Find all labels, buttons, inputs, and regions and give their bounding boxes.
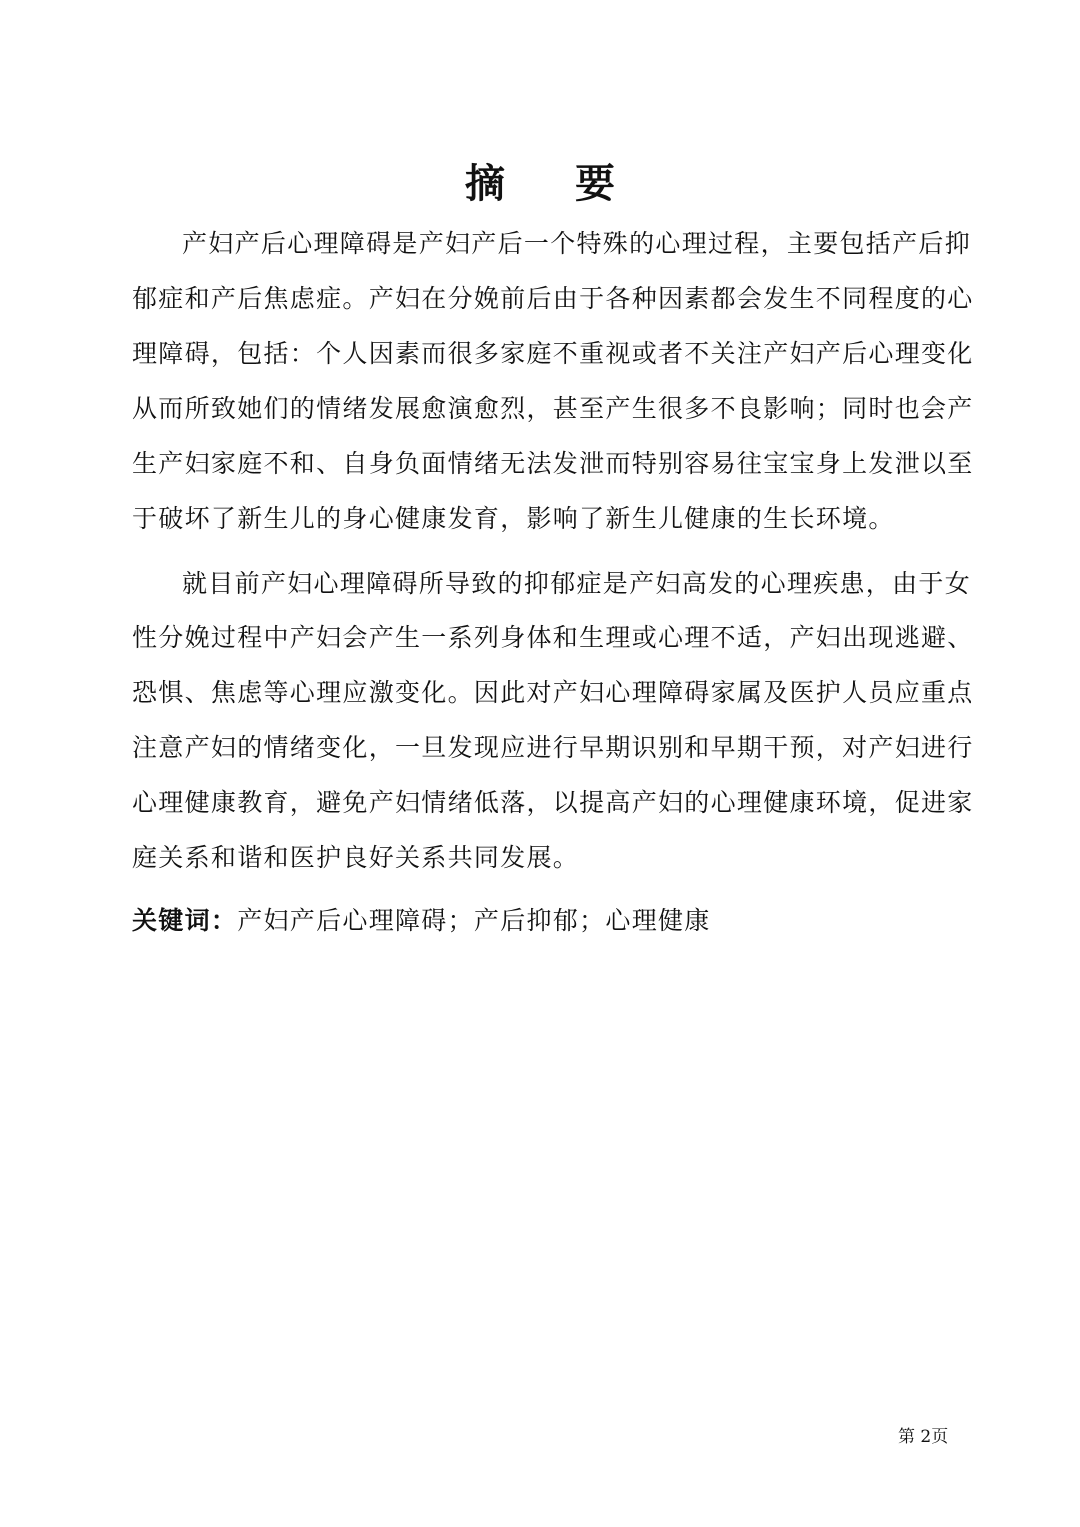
paragraph-line: 恐惧、焦虑等心理应激变化。因此对产妇心理障碍家属及医护人员应重点 — [132, 675, 952, 711]
paragraph-line: 就目前产妇心理障碍所导致的抑郁症是产妇高发的心理疾患，由于女 — [182, 566, 1002, 602]
paragraph-line: 从而所致她们的情绪发展愈演愈烈，甚至产生很多不良影响；同时也会产 — [132, 391, 952, 427]
paragraph-line: 郁症和产后焦虑症。产妇在分娩前后由于各种因素都会发生不同程度的心 — [132, 281, 952, 317]
paragraph-line: 注意产妇的情绪变化，一旦发现应进行早期识别和早期干预，对产妇进行 — [132, 730, 952, 766]
paragraph-line: 理障碍，包括：个人因素而很多家庭不重视或者不关注产妇产后心理变化 — [132, 336, 952, 372]
paragraph-line: 心理健康教育，避免产妇情绪低落，以提高产妇的心理健康环境，促进家 — [132, 785, 952, 821]
paragraph-line: 性分娩过程中产妇会产生一系列身体和生理或心理不适，产妇出现逃避、 — [132, 620, 952, 656]
keywords-line: 关键词：产妇产后心理障碍；产后抑郁；心理健康 — [132, 903, 952, 939]
keywords-label: 关键词： — [132, 906, 237, 935]
paragraph-line: 于破坏了新生儿的身心健康发育，影响了新生儿健康的生长环境。 — [132, 501, 952, 537]
page-number: 第 2页 — [898, 1425, 948, 1449]
title-char-2: 要 — [575, 160, 615, 207]
title-char-1: 摘 — [465, 160, 505, 207]
paragraph-line: 生产妇家庭不和、自身负面情绪无法发泄而特别容易往宝宝身上发泄以至 — [132, 446, 952, 482]
abstract-title: 摘要 — [0, 156, 1080, 212]
paragraph-line: 产妇产后心理障碍是产妇产后一个特殊的心理过程，主要包括产后抑 — [182, 226, 1002, 262]
keywords-text: 产妇产后心理障碍；产后抑郁；心理健康 — [237, 906, 710, 935]
paragraph-line: 庭关系和谐和医护良好关系共同发展。 — [132, 840, 952, 876]
document-page: 摘要 产妇产后心理障碍是产妇产后一个特殊的心理过程，主要包括产后抑 郁症和产后焦… — [0, 0, 1080, 1527]
